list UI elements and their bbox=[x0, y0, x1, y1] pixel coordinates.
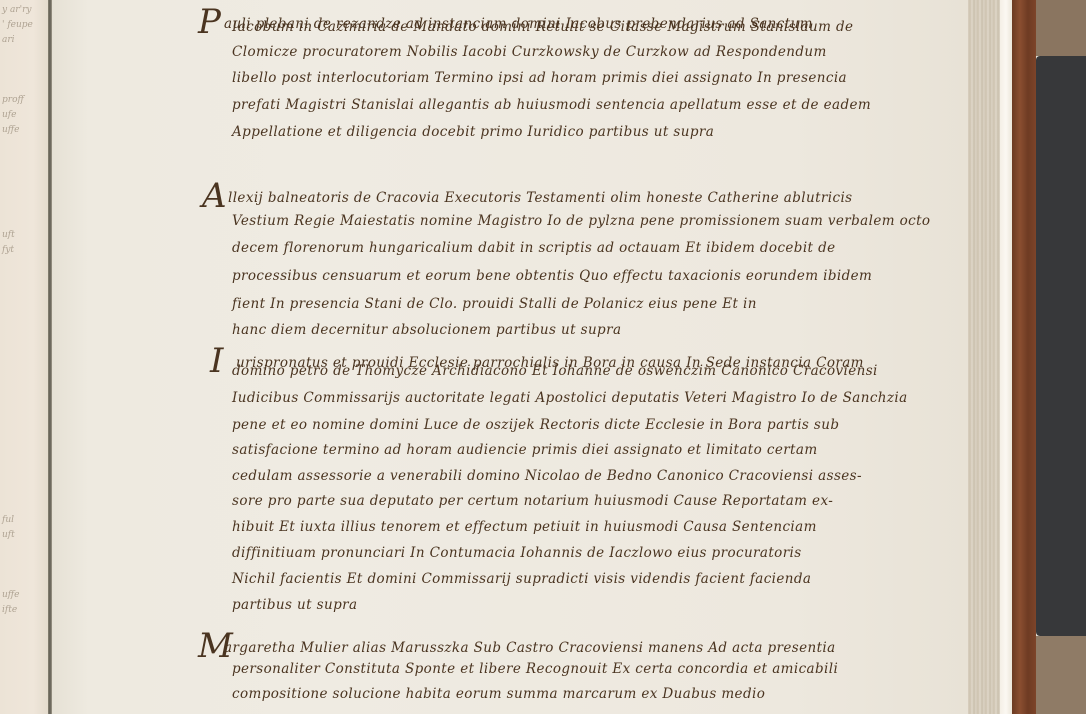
manuscript-line: sore pro parte sua deputato per certum n… bbox=[232, 493, 833, 509]
manuscript-line: satisfacione termino ad horam audiencie … bbox=[232, 442, 818, 458]
marginal-note: ari bbox=[2, 34, 46, 47]
manuscript-line: compositione solucione habita eorum summ… bbox=[232, 686, 765, 702]
decorated-initial: P bbox=[198, 2, 221, 42]
page-edges bbox=[968, 0, 1000, 714]
marginal-note: proff bbox=[2, 94, 46, 107]
manuscript-line: argaretha Mulier alias Marusszka Sub Cas… bbox=[224, 640, 836, 656]
manuscript-line: libello post interlocutoriam Termino ips… bbox=[232, 70, 847, 86]
manuscript-line: fient In presencia Stani de Clo. prouidi… bbox=[232, 296, 757, 312]
manuscript-line: decem florenorum hungaricalium dabit in … bbox=[232, 240, 836, 256]
manuscript-line: Nichil facientis Et domini Commissarij s… bbox=[232, 571, 811, 587]
marginal-note: ifte bbox=[2, 604, 46, 617]
manuscript-line: domino petro de Thomycze Archidiacono Et… bbox=[232, 363, 878, 379]
page-edge-highlight bbox=[1000, 0, 1012, 714]
marginal-note: ful bbox=[2, 514, 46, 527]
manuscript-line: processibus censuarum et eorum bene obte… bbox=[232, 268, 872, 284]
manuscript-line: hibuit Et iuxta illius tenorem et effect… bbox=[232, 519, 817, 535]
marginal-note: fyt bbox=[2, 244, 46, 257]
manuscript-line: partibus ut supra bbox=[232, 597, 357, 613]
decorated-initial: I bbox=[210, 341, 223, 381]
manuscript-line: Vestium Regie Maiestatis nomine Magistro… bbox=[232, 213, 930, 229]
manuscript-line: personaliter Constituta Sponte et libere… bbox=[232, 661, 838, 677]
marginal-note: uffe bbox=[2, 589, 46, 602]
marginal-note: ' feupe bbox=[2, 19, 46, 32]
manuscript-line: hanc diem decernitur absolucionem partib… bbox=[232, 322, 621, 338]
leather-binding bbox=[1012, 0, 1036, 714]
decorated-initial: A bbox=[202, 176, 227, 216]
marginal-note: y ar'ry bbox=[2, 4, 46, 17]
manuscript-line: diffinitiuam pronunciari In Contumacia I… bbox=[232, 545, 802, 561]
marginal-note: ufe bbox=[2, 109, 46, 122]
manuscript-line: llexij balneatoris de Cracovia Executori… bbox=[228, 190, 853, 206]
manuscript-line: Iacobum in Cazimiria de Mandato domini R… bbox=[232, 19, 853, 35]
cloth-support-top bbox=[1036, 0, 1086, 56]
manuscript-line: cedulam assessorie a venerabili domino N… bbox=[232, 468, 862, 484]
manuscript-line: Appellatione et diligencia docebit primo… bbox=[232, 124, 714, 140]
manuscript-line: Iudicibus Commissarijs auctoritate legat… bbox=[232, 390, 908, 406]
left-page-fragment: y ar'ry' feupeariproffufeuffeuftfytfuluf… bbox=[0, 0, 48, 714]
manuscript-line: pene et eo nomine domini Luce de oszijek… bbox=[232, 417, 839, 433]
marginal-note: uffe bbox=[2, 124, 46, 137]
marginal-note: uft bbox=[2, 529, 46, 542]
manuscript-line: Clomicze procuratorem Nobilis Iacobi Cur… bbox=[232, 44, 827, 60]
marginal-note: uft bbox=[2, 229, 46, 242]
manuscript-line: prefati Magistri Stanislai allegantis ab… bbox=[232, 97, 871, 113]
cloth-support-bottom bbox=[1036, 636, 1086, 714]
dark-cloth-support bbox=[1036, 56, 1086, 636]
